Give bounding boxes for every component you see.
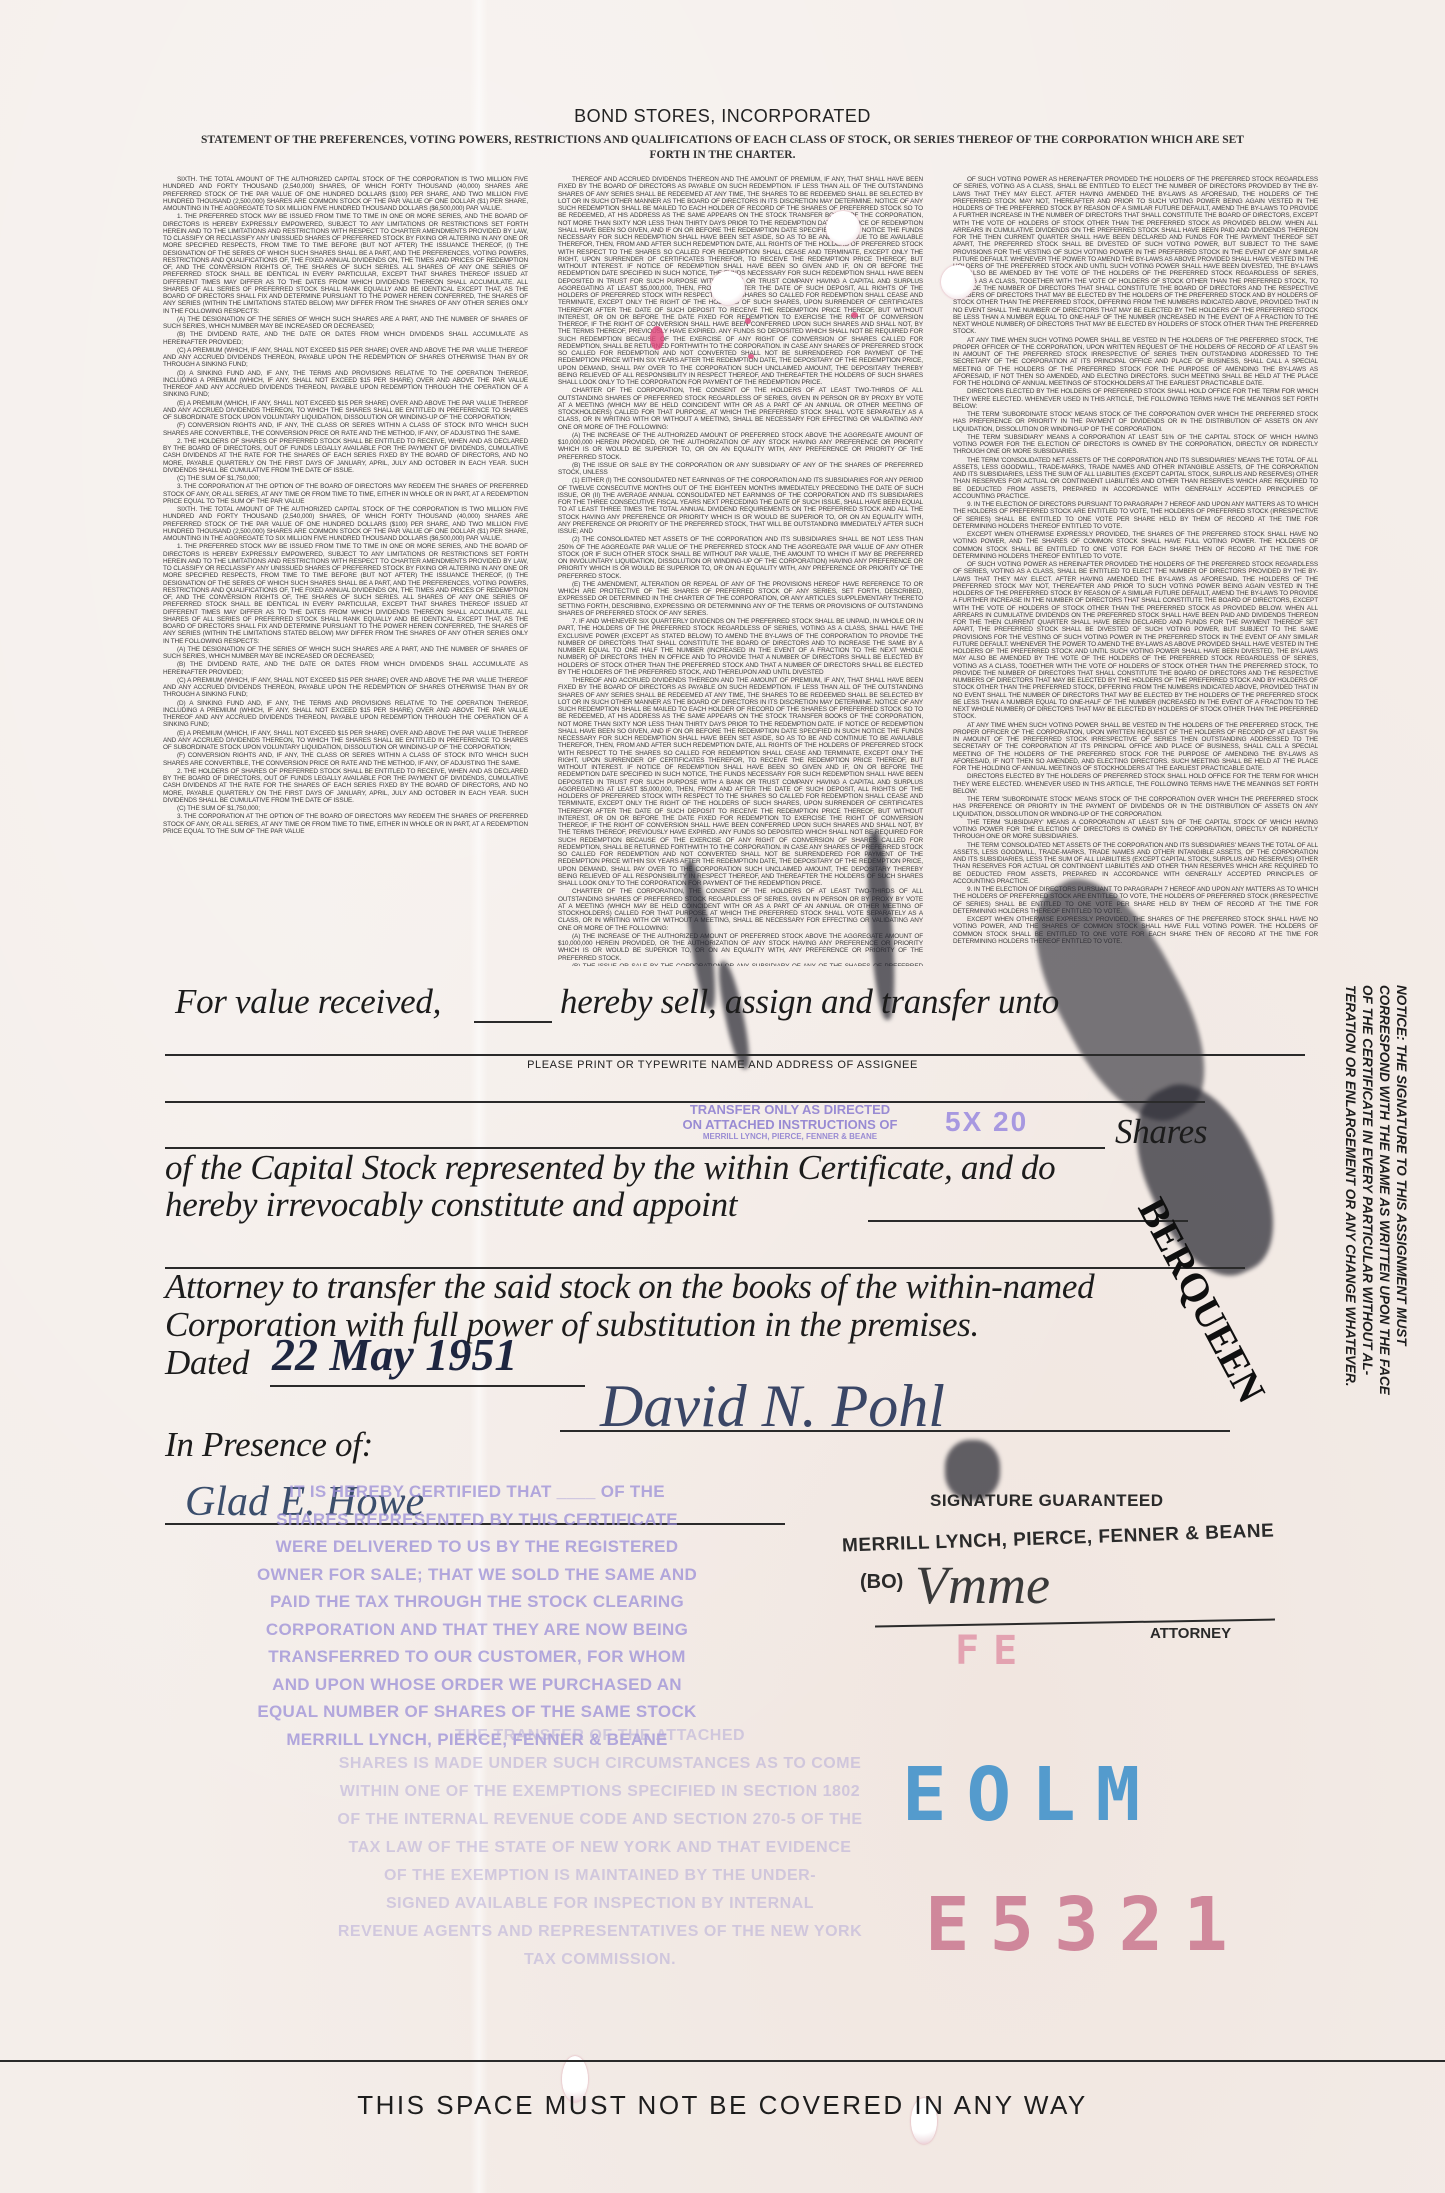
footer-warning: THIS SPACE MUST NOT BE COVERED IN ANY WA…: [0, 2090, 1445, 2121]
charter-paragraph: (F) CONVERSION RIGHTS AND, IF ANY, THE C…: [163, 752, 528, 767]
sell-assign-transfer-label: hereby sell, assign and transfer unto: [560, 982, 1059, 1022]
attorney-label: ATTORNEY: [1150, 1625, 1231, 1642]
charter-text: SIXTH. THE TOTAL AMOUNT OF THE AUTHORIZE…: [163, 176, 1333, 966]
for-value-received-label: For value received,: [175, 982, 441, 1022]
perforation-cancel-2: E5321: [925, 1882, 1248, 1968]
charter-paragraph: (A) THE DESIGNATION OF THE SERIES OF WHI…: [163, 646, 528, 661]
stamp-line: OF THE INTERNAL REVENUE CODE AND SECTION…: [270, 1806, 930, 1834]
charter-paragraph: THE TERM 'CONSOLIDATED NET ASSETS OF THE…: [953, 842, 1318, 886]
charter-paragraph: AT ANY TIME WHEN SUCH VOTING POWER SHALL…: [953, 337, 1318, 388]
charter-paragraph: (E) THE AMENDMENT, ALTERATION OR REPEAL …: [558, 581, 923, 617]
charter-paragraph: (C) A PREMIUM (WHICH, IF ANY, SHALL NOT …: [163, 347, 528, 369]
stamp-line: SHARES IS MADE UNDER SUCH CIRCUMSTANCES …: [270, 1750, 930, 1778]
attorney-transfer-label: Attorney to transfer the said stock on t…: [165, 1267, 1094, 1307]
ink-mark: [748, 354, 754, 359]
charter-paragraph: SIXTH. THE TOTAL AMOUNT OF THE AUTHORIZE…: [163, 506, 528, 542]
charter-paragraph: 2. THE HOLDERS OF SHARES OF PREFERRED ST…: [163, 438, 528, 474]
company-name: BOND STORES, INCORPORATED: [0, 106, 1445, 127]
stamp-line: PAID THE TAX THROUGH THE STOCK CLEARING: [222, 1588, 732, 1616]
charter-paragraph: (E) A PREMIUM (WHICH, IF ANY, SHALL NOT …: [163, 400, 528, 422]
charter-paragraph: (2) THE CONSOLIDATED NET ASSETS OF THE C…: [558, 536, 923, 580]
charter-paragraph: (1) EITHER (I) THE CONSOLIDATED NET EARN…: [558, 477, 923, 535]
charter-paragraph: (B) THE DIVIDEND RATE, AND THE DATE OR D…: [163, 331, 528, 346]
dated-label: Dated: [165, 1343, 249, 1383]
tax-certification-stamp: IT IS HEREBY CERTIFIED THAT ____ OF THES…: [222, 1478, 732, 1753]
stamp-line: THE TRANSFER OF THE ATTACHED: [270, 1722, 930, 1750]
stamp-line: TAX LAW OF THE STATE OF NEW YORK AND THA…: [270, 1834, 930, 1862]
guarantor-signature[interactable]: Vmme: [915, 1554, 1050, 1616]
charter-column-3: OF SUCH VOTING POWER AS HEREINAFTER PROV…: [953, 176, 1318, 966]
stamp-line: TAX COMMISSION.: [270, 1946, 930, 1974]
charter-paragraph: (A) THE DESIGNATION OF THE SERIES OF WHI…: [163, 316, 528, 331]
transfer-instructions-stamp: TRANSFER ONLY AS DIRECTED ON ATTACHED IN…: [650, 1102, 930, 1142]
charter-paragraph: SIXTH. THE TOTAL AMOUNT OF THE AUTHORIZE…: [163, 176, 528, 212]
charter-paragraph: (C) A PREMIUM (WHICH, IF ANY, SHALL NOT …: [163, 677, 528, 699]
stamp-line: SHARES REPRESENTED BY THIS CERTIFICATE: [222, 1506, 732, 1534]
charter-paragraph: EXCEPT WHEN OTHERWISE EXPRESSLY PROVIDED…: [953, 531, 1318, 560]
capital-stock-label: of the Capital Stock represented by the …: [165, 1148, 1055, 1188]
guarantor-firm: MERRILL LYNCH, PIERCE, FENNER & BEANE: [842, 1520, 1275, 1557]
stamp-line: OF THE EXEMPTION IS MAINTAINED BY THE UN…: [270, 1862, 930, 1890]
charter-paragraph: THE TERM 'SUBSIDIARY' MEANS A CORPORATIO…: [953, 434, 1318, 456]
charter-paragraph: THE TERM 'SUBORDINATE STOCK' MEANS STOCK…: [953, 796, 1318, 818]
perforation-cancel-1: EOLM: [902, 1752, 1160, 1838]
charter-paragraph: THE TERM 'SUBSIDIARY' MEANS A CORPORATIO…: [953, 819, 1318, 841]
charter-paragraph: 1. THE PREFERRED STOCK MAY BE ISSUED FRO…: [163, 213, 528, 315]
date-line: [270, 1385, 585, 1387]
punch-hole: [941, 265, 975, 299]
stamp-line: TRANSFERRED TO OUR CUSTOMER, FOR WHOM: [222, 1643, 732, 1671]
stamp-line: REVENUE AGENTS AND REPRESENTATIVES OF TH…: [270, 1918, 930, 1946]
irrevocably-appoint-label: hereby irrevocably constitute and appoin…: [165, 1185, 737, 1225]
charter-paragraph: THE TERM 'SUBORDINATE STOCK' MEANS STOCK…: [953, 411, 1318, 433]
perforation-small: FE: [955, 1628, 1031, 1674]
signature-line: [560, 1430, 1230, 1432]
charter-paragraph: (F) CONVERSION RIGHTS AND, IF ANY, THE C…: [163, 422, 528, 437]
stamp-line: WERE DELIVERED TO US BY THE REGISTERED: [222, 1533, 732, 1561]
date-field[interactable]: 22 May 1951: [272, 1328, 517, 1381]
charter-paragraph: (A) THE INCREASE OF THE AUTHORIZED AMOUN…: [558, 933, 923, 962]
assignee-line[interactable]: [165, 1054, 1305, 1056]
ink-mark: [745, 318, 751, 324]
stamp-line: WITHIN ONE OF THE EXEMPTIONS SPECIFIED I…: [270, 1778, 930, 1806]
charter-paragraph: OF SUCH VOTING POWER AS HEREINAFTER PROV…: [953, 176, 1318, 336]
guarantee-by: (BO): [860, 1571, 903, 1594]
in-presence-of-label: In Presence of:: [165, 1425, 373, 1465]
charter-paragraph: CHARTER OF THE CORPORATION, THE CONSENT …: [558, 387, 923, 431]
statement-heading: STATEMENT OF THE PREFERENCES, VOTING POW…: [200, 133, 1245, 163]
stamp-line: OWNER FOR SALE; THAT WE SOLD THE SAME AN…: [222, 1561, 732, 1589]
charter-paragraph: 9. IN THE ELECTION OF DIRECTORS PURSUANT…: [953, 501, 1318, 530]
charter-paragraph: (B) THE ISSUE OR SALE BY THE CORPORATION…: [558, 462, 923, 477]
charter-paragraph: (A) THE INCREASE OF THE AUTHORIZED AMOUN…: [558, 432, 923, 461]
charter-paragraph: 7. IF AND WHENEVER SIX QUARTERLY DIVIDEN…: [558, 618, 923, 676]
charter-column-1: SIXTH. THE TOTAL AMOUNT OF THE AUTHORIZE…: [163, 176, 528, 966]
charter-paragraph: (C) THE SUM OF $1,750,000;: [163, 475, 528, 482]
stamp-line: CORPORATION AND THAT THEY ARE NOW BEING: [222, 1616, 732, 1644]
charter-paragraph: (D) A SINKING FUND AND, IF ANY, THE TERM…: [163, 700, 528, 729]
ink-mark: [851, 312, 858, 318]
signature-notice: NOTICE: THE SIGNATURE TO THIS ASSIGNMENT…: [1342, 985, 1410, 1395]
charter-paragraph: OF SUCH VOTING POWER AS HEREINAFTER PROV…: [953, 561, 1318, 721]
punch-hole: [826, 211, 860, 245]
charter-paragraph: (E) A PREMIUM (WHICH, IF ANY, SHALL NOT …: [163, 730, 528, 752]
charter-paragraph: (D) A SINKING FUND AND, IF ANY, THE TERM…: [163, 370, 528, 399]
stamp-line: AND UPON WHOSE ORDER WE PURCHASED AN: [222, 1671, 732, 1699]
shares-label: Shares: [1115, 1112, 1207, 1152]
charter-paragraph: DIRECTORS ELECTED BY THE HOLDERS OF PREF…: [953, 773, 1318, 795]
charter-paragraph: 1. THE PREFERRED STOCK MAY BE ISSUED FRO…: [163, 543, 528, 645]
charter-paragraph: 3. THE CORPORATION AT THE OPTION OF THE …: [163, 813, 528, 835]
charter-paragraph: (B) THE ISSUE OR SALE BY THE CORPORATION…: [558, 963, 923, 966]
assignee-instruction: PLEASE PRINT OR TYPEWRITE NAME AND ADDRE…: [0, 1059, 1445, 1071]
charter-paragraph: 9. IN THE ELECTION OF DIRECTORS PURSUANT…: [953, 886, 1318, 915]
ink-mark: [650, 326, 664, 350]
charter-paragraph: (C) THE SUM OF $1,750,000;: [163, 805, 528, 812]
charter-paragraph: 2. THE HOLDERS OF SHARES OF PREFERRED ST…: [163, 768, 528, 804]
footer-divider: [0, 2060, 1445, 2062]
charter-paragraph: AT ANY TIME WHEN SUCH VOTING POWER SHALL…: [953, 722, 1318, 773]
signature-guaranteed-label: SIGNATURE GUARANTEED: [930, 1491, 1164, 1511]
charter-paragraph: THE TERM 'CONSOLIDATED NET ASSETS OF THE…: [953, 457, 1318, 501]
transfer-date-stamp: 5X 20: [945, 1106, 1028, 1138]
charter-paragraph: (B) THE DIVIDEND RATE, AND THE DATE OR D…: [163, 661, 528, 676]
stamp-line: IT IS HEREBY CERTIFIED THAT ____ OF THE: [222, 1478, 732, 1506]
stamp-line: SIGNED AVAILABLE FOR INSPECTION BY INTER…: [270, 1890, 930, 1918]
assignor-line[interactable]: [474, 1021, 552, 1023]
charter-paragraph: 3. THE CORPORATION AT THE OPTION OF THE …: [163, 483, 528, 505]
punch-hole: [711, 271, 745, 305]
tax-exemption-stamp: THE TRANSFER OF THE ATTACHEDSHARES IS MA…: [270, 1722, 930, 1974]
charter-paragraph: DIRECTORS ELECTED BY THE HOLDERS OF PREF…: [953, 388, 1318, 410]
